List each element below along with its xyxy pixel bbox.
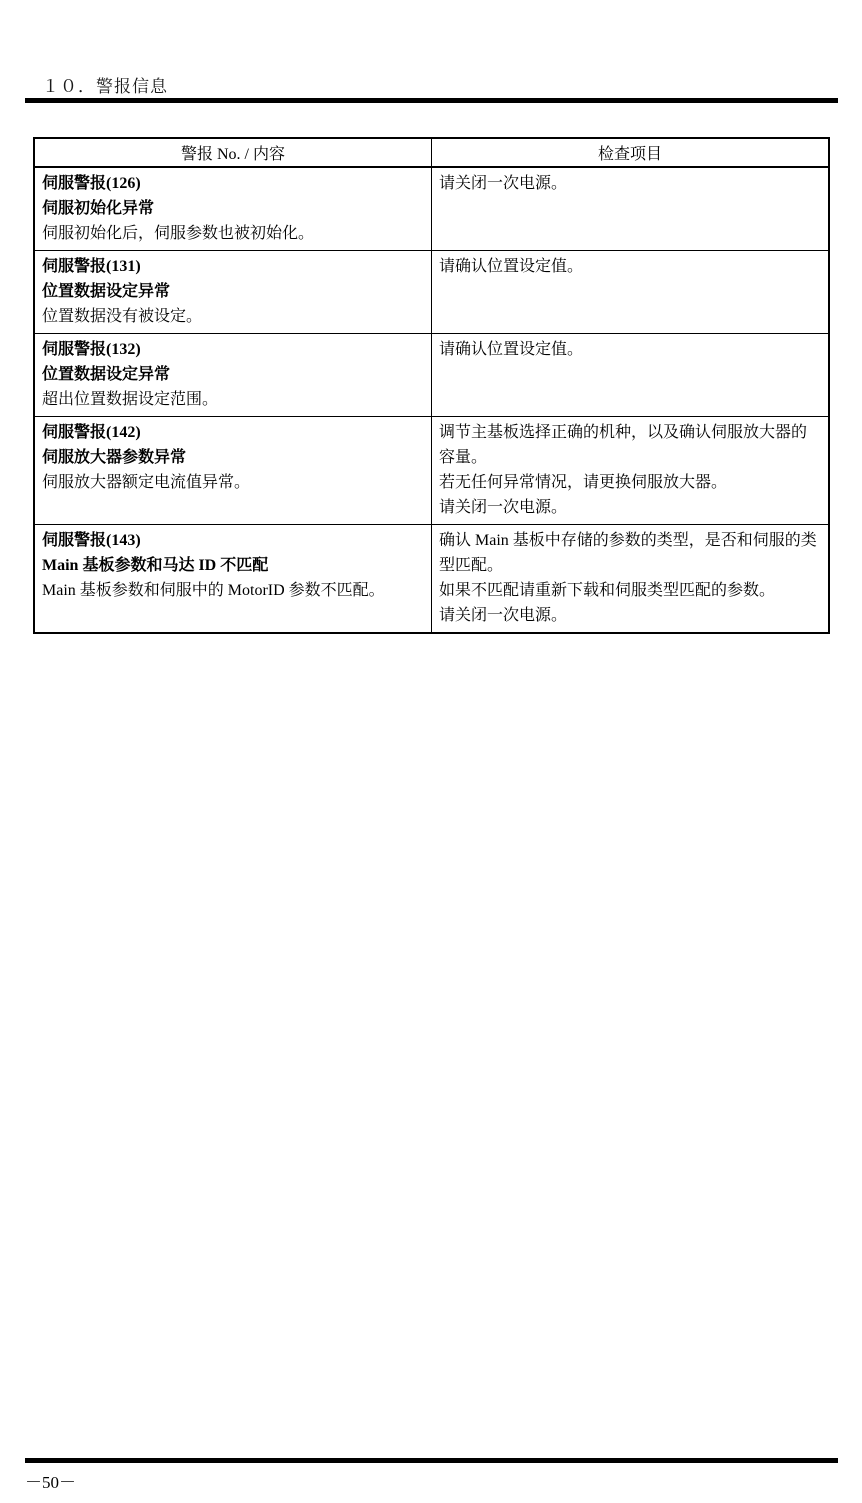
check-item-line: 请确认位置设定值。 (439, 337, 821, 362)
alarm-no: 伺服警报(132) (42, 337, 424, 362)
alarm-table-header-row: 警报 No. / 内容 检查项目 (34, 138, 829, 167)
alarm-content-cell: 伺服警报(142) 伺服放大器参数异常 伺服放大器额定电流值异常。 (34, 417, 432, 525)
alarm-no: 伺服警报(142) (42, 420, 424, 445)
alarm-detail: 位置数据没有被设定。 (42, 304, 424, 329)
alarm-name: 位置数据设定异常 (42, 362, 424, 387)
check-item-line: 若无任何异常情况，请更换伺服放大器。 (439, 470, 821, 495)
check-item-line: 请关闭一次电源。 (439, 171, 821, 196)
alarm-detail: 伺服初始化后，伺服参数也被初始化。 (42, 221, 424, 246)
alarm-content-cell: 伺服警报(131) 位置数据设定异常 位置数据没有被设定。 (34, 251, 432, 334)
check-items-cell: 调节主基板选择正确的机种，以及确认伺服放大器的容量。若无任何异常情况，请更换伺服… (432, 417, 830, 525)
alarm-table-row: 伺服警报(142) 伺服放大器参数异常 伺服放大器额定电流值异常。 调节主基板选… (34, 417, 829, 525)
check-item-line: 如果不匹配请重新下载和伺服类型匹配的参数。 (439, 578, 821, 603)
alarm-table-row: 伺服警报(126) 伺服初始化异常 伺服初始化后，伺服参数也被初始化。 请关闭一… (34, 167, 829, 251)
check-item-line: 调节主基板选择正确的机种，以及确认伺服放大器的容量。 (439, 420, 821, 470)
page-number: －50－ (25, 1468, 76, 1493)
check-item-line: 确认 Main 基板中存储的参数的类型，是否和伺服的类型匹配。 (439, 528, 821, 578)
alarm-name: 伺服初始化异常 (42, 196, 424, 221)
column-header-alarm-no-content: 警报 No. / 内容 (34, 138, 432, 167)
check-item-line: 请关闭一次电源。 (439, 495, 821, 520)
alarm-content-cell: 伺服警报(126) 伺服初始化异常 伺服初始化后，伺服参数也被初始化。 (34, 167, 432, 251)
alarm-detail: Main 基板参数和伺服中的 MotorID 参数不匹配。 (42, 578, 424, 603)
check-items: 请确认位置设定值。 (439, 337, 821, 362)
alarm-content-cell: 伺服警报(143) Main 基板参数和马达 ID 不匹配 Main 基板参数和… (34, 525, 432, 634)
alarm-table-head: 警报 No. / 内容 检查项目 (34, 138, 829, 167)
check-item-line: 请确认位置设定值。 (439, 254, 821, 279)
document-page: １０．警报信息 警报 No. / 内容 检查项目 伺服警报(126) 伺服初始化… (0, 0, 862, 1503)
footer-rule (25, 1458, 838, 1463)
page-title: １０．警报信息 (42, 72, 168, 97)
alarm-content-cell: 伺服警报(132) 位置数据设定异常 超出位置数据设定范围。 (34, 334, 432, 417)
check-items: 确认 Main 基板中存储的参数的类型，是否和伺服的类型匹配。如果不匹配请重新下… (439, 528, 821, 628)
check-items: 请关闭一次电源。 (439, 171, 821, 196)
alarm-no: 伺服警报(126) (42, 171, 424, 196)
check-items-cell: 请关闭一次电源。 (432, 167, 830, 251)
title-rule (25, 98, 838, 103)
alarm-detail: 超出位置数据设定范围。 (42, 387, 424, 412)
check-items-cell: 请确认位置设定值。 (432, 251, 830, 334)
check-items: 调节主基板选择正确的机种，以及确认伺服放大器的容量。若无任何异常情况，请更换伺服… (439, 420, 821, 520)
alarm-table: 警报 No. / 内容 检查项目 伺服警报(126) 伺服初始化异常 伺服初始化… (33, 137, 830, 634)
alarm-name: Main 基板参数和马达 ID 不匹配 (42, 553, 424, 578)
alarm-table-row: 伺服警报(132) 位置数据设定异常 超出位置数据设定范围。 请确认位置设定值。 (34, 334, 829, 417)
alarm-table-row: 伺服警报(143) Main 基板参数和马达 ID 不匹配 Main 基板参数和… (34, 525, 829, 634)
alarm-name: 伺服放大器参数异常 (42, 445, 424, 470)
alarm-no: 伺服警报(143) (42, 528, 424, 553)
alarm-no: 伺服警报(131) (42, 254, 424, 279)
alarm-table-body: 伺服警报(126) 伺服初始化异常 伺服初始化后，伺服参数也被初始化。 请关闭一… (34, 167, 829, 633)
alarm-table-row: 伺服警报(131) 位置数据设定异常 位置数据没有被设定。 请确认位置设定值。 (34, 251, 829, 334)
check-items: 请确认位置设定值。 (439, 254, 821, 279)
alarm-name: 位置数据设定异常 (42, 279, 424, 304)
check-items-cell: 确认 Main 基板中存储的参数的类型，是否和伺服的类型匹配。如果不匹配请重新下… (432, 525, 830, 634)
check-item-line: 请关闭一次电源。 (439, 603, 821, 628)
column-header-check-items: 检查项目 (432, 138, 830, 167)
check-items-cell: 请确认位置设定值。 (432, 334, 830, 417)
alarm-detail: 伺服放大器额定电流值异常。 (42, 470, 424, 495)
